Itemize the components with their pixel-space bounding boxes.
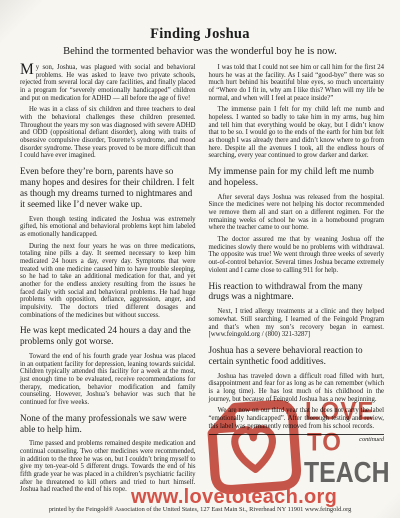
- paragraph: Even though testing indicated the Joshua…: [20, 216, 196, 239]
- paragraph: The doctor assured me that by weaning Jo…: [209, 236, 385, 274]
- paragraph: Joshua has traveled down a difficult roa…: [209, 373, 385, 404]
- paragraph: I was told that I could not see him or c…: [209, 64, 385, 102]
- pull-quote: His reaction to withdrawal from the many…: [209, 281, 385, 303]
- right-column: I was told that I could not see him or c…: [209, 64, 385, 498]
- paragraph: My son, Joshua, was plagued with social …: [20, 64, 196, 102]
- drop-cap: M: [20, 64, 36, 77]
- paragraph: After several days Joshua was released f…: [209, 194, 385, 232]
- paragraph: Toward the end of his fourth grade year …: [20, 353, 196, 407]
- paragraph-text: y son, Joshua, was plagued with social a…: [20, 64, 196, 102]
- paragraph: During the next four years he was on thr…: [20, 243, 196, 320]
- left-column: My son, Joshua, was plagued with social …: [20, 64, 196, 498]
- article-page: Finding Joshua Behind the tormented beha…: [0, 0, 400, 518]
- article-header: Finding Joshua Behind the tormented beha…: [0, 0, 400, 57]
- pull-quote: Joshua has a severe behavioral reaction …: [209, 345, 385, 367]
- paragraph: Next, I tried allergy treatments at a cl…: [209, 308, 385, 339]
- pull-quote: He was kept medicated 24 hours a day and…: [20, 325, 196, 347]
- pull-quote: My immense pain for my child left me num…: [209, 166, 385, 188]
- article-subtitle: Behind the tormented behavior was the wo…: [0, 46, 400, 57]
- article-title: Finding Joshua: [0, 26, 400, 43]
- paragraph: We are now on our third year that he doe…: [209, 407, 385, 430]
- pull-quote: None of the many professionals we saw we…: [20, 413, 196, 435]
- paragraph: He was in a class of six children and th…: [20, 106, 196, 160]
- pull-quote: Even before they’re born, parents have s…: [20, 166, 196, 209]
- end-rule: [209, 434, 385, 435]
- paragraph: Time passed and problems remained despit…: [20, 440, 196, 494]
- paragraph: The immense pain I felt for my child lef…: [209, 106, 385, 160]
- footer-imprint: printed by the Feingold® Association of …: [0, 506, 400, 513]
- continued-marker: continued: [209, 436, 385, 443]
- two-column-body: My son, Joshua, was plagued with social …: [0, 57, 400, 498]
